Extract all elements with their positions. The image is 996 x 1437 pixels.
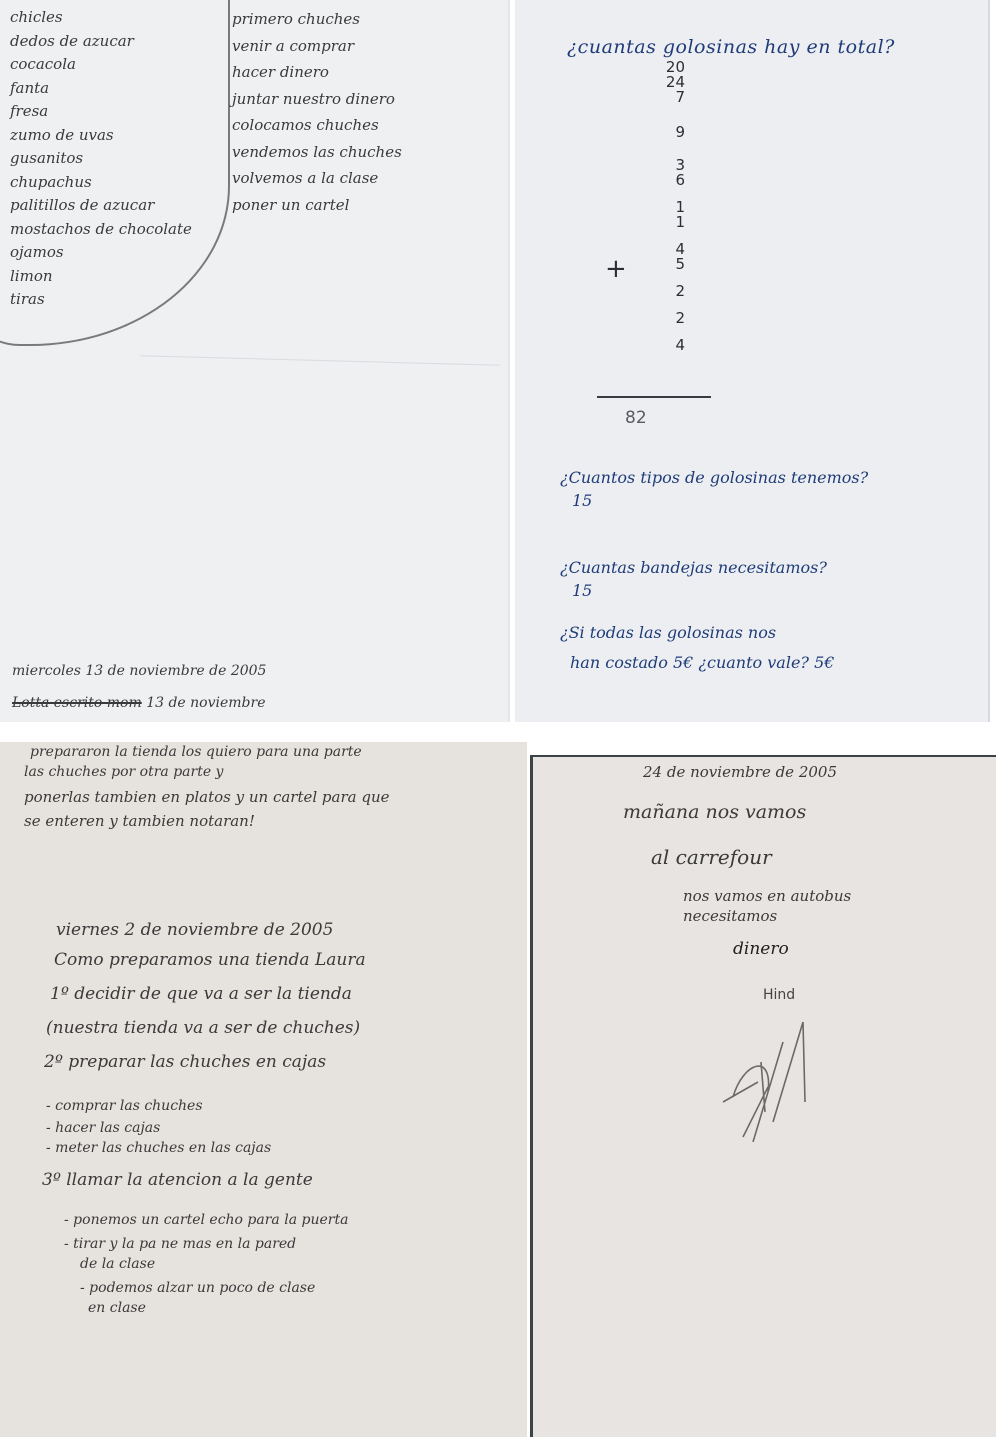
plus-sign: + (605, 254, 627, 284)
question-trays: ¿Cuantas bandejas necesitamos? 15 (560, 558, 827, 600)
list-item: volvemos a la clase (232, 165, 402, 192)
list-item: hacer dinero (232, 59, 402, 86)
notebook-page-trip: 24 de noviembre de 2005 mañana nos vamos… (530, 755, 996, 1437)
notebook-page-math: ¿cuantas golosinas hay en total? 20 24 7… (515, 0, 990, 722)
question-total: ¿cuantas golosinas hay en total? (567, 36, 895, 58)
candy-list: chicles dedos de azucar cocacola fanta f… (10, 6, 192, 312)
struck-text: Lotta escrito mom (12, 695, 142, 711)
question-text: ¿Cuantos tipos de golosinas tenemos? (560, 468, 868, 487)
list-item: fresa (10, 100, 192, 124)
list-item: tiras (10, 288, 192, 312)
page-title: Como preparamos una tienda Laura (54, 950, 366, 970)
question-text: ¿Cuantas bandejas necesitamos? (560, 558, 827, 577)
intro-line: se enteren y tambien notaran! (24, 812, 255, 830)
list-item: cocacola (10, 53, 192, 77)
note-line: al carrefour (651, 845, 772, 869)
list-item: palitillos de azucar (10, 194, 192, 218)
addend: 4 (645, 338, 685, 353)
sum-rule (597, 396, 711, 398)
step-line: de la clase (80, 1256, 155, 1272)
list-item: zumo de uvas (10, 124, 192, 148)
addend: 5 (645, 257, 685, 272)
faint-ruled-line (140, 355, 500, 365)
step-line: en clase (88, 1300, 146, 1316)
addend: 1 (645, 215, 685, 230)
list-item: gusanitos (10, 147, 192, 171)
question-types: ¿Cuantos tipos de golosinas tenemos? 15 (560, 468, 868, 510)
intro-line: prepararon la tienda los quiero para una… (30, 744, 362, 760)
question-cost: ¿Si todas las golosinas nos han costado … (560, 618, 834, 678)
list-item: dedos de azucar (10, 30, 192, 54)
step-line: - meter las chuches en las cajas (46, 1140, 271, 1156)
notebook-page-shopping-list: chicles dedos de azucar cocacola fanta f… (0, 0, 510, 722)
answer-text: 15 (572, 581, 827, 600)
step-line: - hacer las cajas (46, 1120, 160, 1136)
note-line: nos vamos en autobus (683, 887, 851, 905)
question-cost-line1: ¿Si todas las golosinas nos (560, 618, 834, 648)
list-item: colocamos chuches (232, 112, 402, 139)
step-line: 3º llamar la atencion a la gente (42, 1170, 313, 1190)
step-line: - tirar y la pa ne mas en la pared (64, 1236, 296, 1252)
question-cost-line2: han costado 5€ ¿cuanto vale? 5€ (570, 648, 834, 678)
list-item: chupachus (10, 171, 192, 195)
step-line: - podemos alzar un poco de clase (80, 1280, 315, 1296)
page-date: 24 de noviembre de 2005 (643, 763, 837, 781)
notebook-page-store-plan: prepararon la tienda los quiero para una… (0, 742, 527, 1437)
step-line: 1º decidir de que va a ser la tienda (50, 984, 352, 1004)
list-item: vendemos las chuches (232, 139, 402, 166)
addend: 9 (645, 125, 685, 140)
step-line: - comprar las chuches (46, 1098, 203, 1114)
list-item: fanta (10, 77, 192, 101)
struck-line-rest: 13 de noviembre (146, 695, 265, 711)
list-item: venir a comprar (232, 33, 402, 60)
note-line: mañana nos vamos (623, 801, 806, 823)
step-line: - ponemos un cartel echo para la puerta (64, 1212, 348, 1228)
list-item: primero chuches (232, 6, 402, 33)
list-item: limon (10, 265, 192, 289)
addend: 7 (645, 90, 685, 105)
step-line: 2º preparar las chuches en cajas (44, 1052, 326, 1072)
steps-list: primero chuches venir a comprar hacer di… (232, 6, 402, 218)
addend: 2 (645, 311, 685, 326)
intro-line: las chuches por otra parte y (24, 764, 223, 780)
struck-line: Lotta escrito mom 13 de noviembre (12, 695, 266, 711)
addends-column: 20 24 7 9 3 6 1 1 4 5 2 2 4 (645, 60, 685, 353)
list-item: ojamos (10, 241, 192, 265)
signature-scribble (713, 1002, 833, 1142)
note-line: necesitamos (683, 907, 777, 925)
note-line: dinero (733, 939, 789, 959)
step-line: (nuestra tienda va a ser de chuches) (46, 1018, 360, 1038)
signature-name: Hind (763, 987, 795, 1003)
intro-line: ponerlas tambien en platos y un cartel p… (24, 788, 390, 806)
list-item: mostachos de chocolate (10, 218, 192, 242)
page-date: miercoles 13 de noviembre de 2005 (12, 663, 266, 679)
page-date: viernes 2 de noviembre de 2005 (56, 920, 333, 940)
addend: 2 (645, 284, 685, 299)
answer-text: 15 (572, 491, 868, 510)
sum-result: 82 (625, 408, 647, 428)
list-item: chicles (10, 6, 192, 30)
addend: 6 (645, 173, 685, 188)
list-item: poner un cartel (232, 192, 402, 219)
list-item: juntar nuestro dinero (232, 86, 402, 113)
